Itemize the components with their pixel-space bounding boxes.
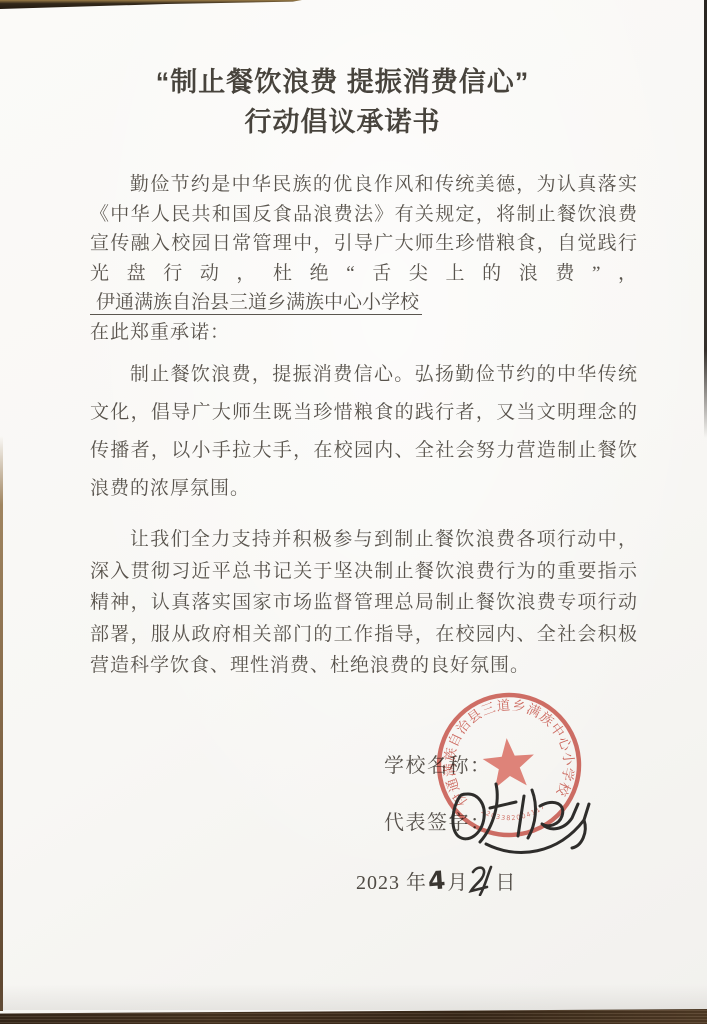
date-day-suffix: 日 (495, 872, 516, 894)
date-year: 2023 年 (356, 872, 427, 894)
opening-pledge-text: 在此郑重承诺： (90, 322, 230, 343)
document-title-line1: “制止餐饮浪费 提振消费信心” (0, 60, 685, 99)
scan-shadow-bottom (0, 984, 707, 1010)
document-title-line2: 行动倡议承诺书 (0, 100, 685, 139)
date-line: 2023 年4月 日 (356, 864, 516, 896)
handwritten-month-digit: 4 (427, 865, 447, 895)
paragraph-opening: 勤俭节约是中华民族的优良作风和传统美德，为认真落实《中华人民共和国反食品浪费法》… (90, 170, 638, 347)
date-month-suffix: 月 (447, 872, 468, 894)
scan-edge-top (0, 0, 302, 9)
paragraph-commitment-1: 制止餐饮浪费，提振消费信心。弘扬勤俭节约的中华传统文化，倡导广大师生既当珍惜粮食… (90, 356, 638, 508)
paragraph-commitment-2: 让我们全力支持并积极参与到制止餐饮浪费各项行动中，深入贯彻习近平总书记关于坚决制… (90, 524, 638, 682)
scan-edge-left (0, 436, 3, 1011)
handwritten-day-scribble (468, 864, 496, 896)
opening-text: 勤俭节约是中华民族的优良作风和传统美德，为认真落实《中华人民共和国反食品浪费法》… (90, 174, 638, 284)
document-page: “制止餐饮浪费 提振消费信心” 行动倡议承诺书 勤俭节约是中华民族的优良作风和传… (0, 0, 707, 1024)
school-name-underlined: 伊通满族自治县三道乡满族中心小学校 (90, 292, 422, 315)
handwritten-signature (446, 780, 594, 862)
